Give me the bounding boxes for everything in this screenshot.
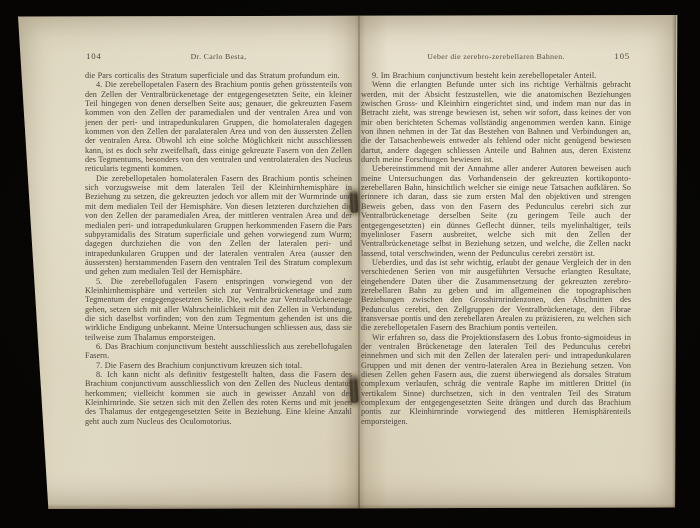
running-header: Ueber die zerebro-zerebellaren Bahnen. bbox=[427, 52, 565, 61]
right-page: Ueber die zerebro-zerebellaren Bahnen. 1… bbox=[361, 52, 631, 426]
page-number: 104 bbox=[86, 51, 102, 61]
paragraph: 8. Ich kann nicht als definitiv festgest… bbox=[85, 370, 352, 426]
left-page-header: 104 Dr. Carlo Besta, bbox=[85, 52, 352, 64]
page-edge-shadow bbox=[18, 504, 678, 509]
paragraph: 6. Das Brachium conjunctivum besteht aus… bbox=[85, 342, 352, 361]
right-page-body: 9. Im Brachium conjunctivum besteht kein… bbox=[361, 71, 631, 426]
paragraph: Wir erfahren so, dass die Projektionsfas… bbox=[361, 333, 631, 426]
paragraph: 5. Die zerebellofugalen Fasern entspring… bbox=[85, 277, 352, 342]
book-page-spread: 104 Dr. Carlo Besta, die Pars corticalis… bbox=[18, 15, 678, 509]
scan-background: 104 Dr. Carlo Besta, die Pars corticalis… bbox=[0, 0, 700, 528]
right-page-header: Ueber die zerebro-zerebellaren Bahnen. 1… bbox=[361, 52, 631, 64]
gutter-crease bbox=[358, 15, 360, 509]
paragraph: 7. Die Fasern des Brachium conjunctivum … bbox=[85, 361, 352, 370]
page-number: 105 bbox=[614, 51, 630, 61]
paragraph: 9. Im Brachium conjunctivum besteht kein… bbox=[361, 71, 631, 80]
paragraph: Die zerebellopetalen homolateralen Faser… bbox=[85, 174, 352, 277]
left-page-body: die Pars corticalis des Stratum superfic… bbox=[85, 71, 352, 426]
left-page: 104 Dr. Carlo Besta, die Pars corticalis… bbox=[85, 52, 352, 426]
page-edge-shadow bbox=[672, 15, 676, 509]
paragraph: Uebereinstimmend mit der Annahme aller a… bbox=[361, 164, 631, 257]
paragraph: Ueberdies, und das ist sehr wichtig, erl… bbox=[361, 258, 631, 333]
paragraph: die Pars corticalis des Stratum superfic… bbox=[85, 71, 352, 80]
paragraph: Wenn die erlangten Befunde unter sich in… bbox=[361, 80, 631, 164]
paragraph: 4. Die zerebellopetalen Fasern des Brach… bbox=[85, 80, 352, 173]
running-header: Dr. Carlo Besta, bbox=[191, 52, 247, 61]
